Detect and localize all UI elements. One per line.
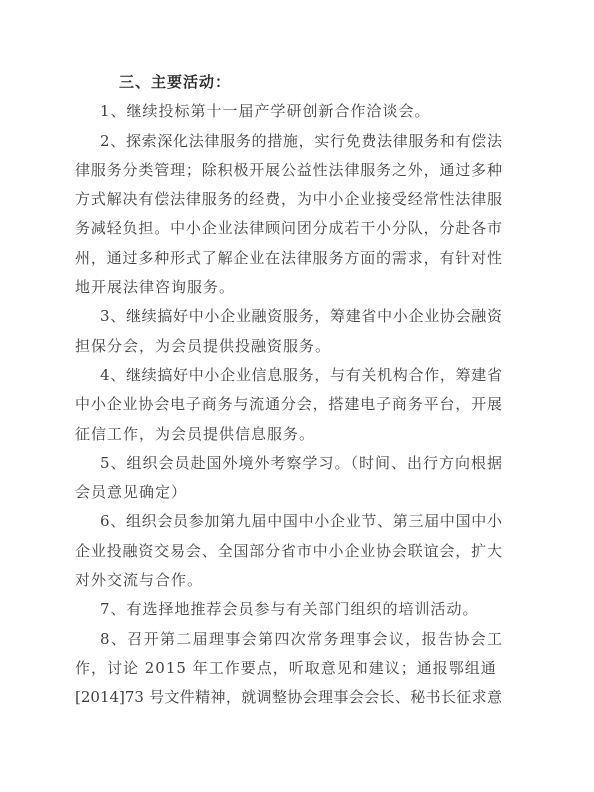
text-line: 5、组织会员赴国外境外考察学习。（时间、出行方向根据 — [75, 449, 502, 478]
text-line: 征信工作，为会员提供信息服务。 — [75, 420, 502, 449]
text-line: 作，讨论 2015 年工作要点，听取意见和建议；通报鄂组通 — [75, 654, 502, 683]
text-line: 担保分会，为会员提供投融资服务。 — [75, 332, 502, 361]
text-line: 企业投融资交易会、全国部分省市中小企业协会联谊会，扩大 — [75, 537, 502, 566]
text-line: 会员意见确定） — [75, 478, 502, 507]
text-line: 8、召开第二届理事会第四次常务理事会议，报告协会工 — [75, 625, 502, 654]
text-line: 2、探索深化法律服务的措施，实行免费法律服务和有偿法 — [75, 127, 502, 156]
text-line: 中小企业协会电子商务与流通分会，搭建电子商务平台，开展 — [75, 390, 502, 419]
document-body: 三、主要活动：1、继续投标第十一届产学研创新合作洽谈会。2、探索深化法律服务的措… — [75, 68, 502, 713]
text-line: 律服务分类管理；除积极开展公益性法律服务之外，通过多种 — [75, 156, 502, 185]
section-heading: 三、主要活动： — [75, 68, 502, 97]
document-page: 三、主要活动：1、继续投标第十一届产学研创新合作洽谈会。2、探索深化法律服务的措… — [0, 0, 594, 792]
text-line: 4、继续搞好中小企业信息服务，与有关机构合作，筹建省 — [75, 361, 502, 390]
text-line: [2014]73 号文件精神，就调整协会理事会会长、秘书长征求意 — [75, 683, 502, 712]
text-line: 1、继续投标第十一届产学研创新合作洽谈会。 — [75, 97, 502, 126]
text-line: 务减轻负担。中小企业法律顾问团分成若干小分队，分赴各市 — [75, 214, 502, 243]
text-line: 州，通过多种形式了解企业在法律服务方面的需求，有针对性 — [75, 244, 502, 273]
text-line: 地开展法律咨询服务。 — [75, 273, 502, 302]
text-line: 对外交流与合作。 — [75, 566, 502, 595]
text-line: 7、有选择地推荐会员参与有关部门组织的培训活动。 — [75, 595, 502, 624]
text-line: 3、继续搞好中小企业融资服务，筹建省中小企业协会融资 — [75, 302, 502, 331]
text-line: 6、组织会员参加第九届中国中小企业节、第三届中国中小 — [75, 507, 502, 536]
text-line: 方式解决有偿法律服务的经费，为中小企业接受经常性法律服 — [75, 185, 502, 214]
